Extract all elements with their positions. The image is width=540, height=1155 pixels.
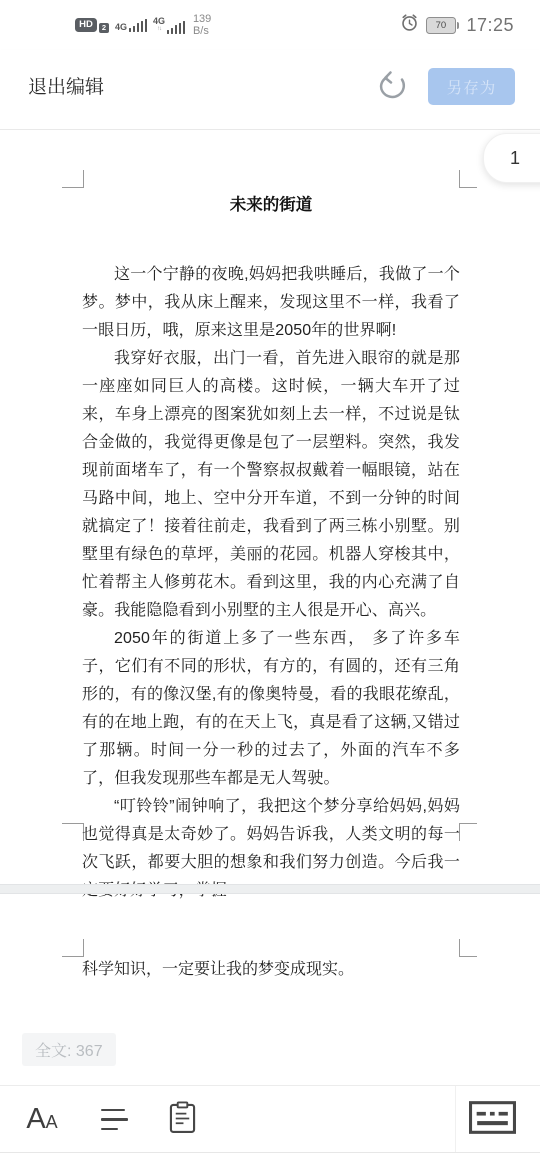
speed-unit: B/s — [193, 25, 211, 37]
document-body-page1[interactable]: 这一个宁静的夜晚,妈妈把我哄睡后，我做了一个梦。梦中，我从床上醒来，发现这里不一… — [82, 261, 460, 905]
signal-bars-icon — [129, 19, 147, 32]
keyboard-toggle-button[interactable] — [462, 1086, 522, 1153]
align-icon — [101, 1109, 128, 1130]
network1-label: 4G — [115, 23, 127, 31]
bottom-toolbar: AA — [0, 1085, 540, 1155]
network-speed: 139 B/s — [193, 13, 211, 37]
status-bar: HD 2 4G 4G ↑↓ 139 B/s — [0, 0, 540, 50]
crop-mark-bottom-right — [459, 823, 477, 841]
crop-mark-top-right — [459, 939, 477, 957]
hd-sim-badge: 2 — [99, 23, 109, 33]
speed-value: 139 — [193, 13, 211, 25]
font-settings-button[interactable]: AA — [20, 1086, 64, 1153]
clipboard-button[interactable] — [162, 1086, 202, 1153]
crop-mark-bottom-left — [62, 823, 84, 841]
document-canvas[interactable]: 1 未来的街道 这一个宁静的夜晚,妈妈把我哄睡后，我做了一个梦。梦中，我从床上醒… — [0, 130, 540, 1085]
exit-edit-button[interactable]: 退出编辑 — [28, 72, 104, 99]
undo-icon — [376, 88, 408, 105]
signal-bars-sim1-icon: 4G — [115, 19, 147, 32]
status-time: 17:25 — [466, 15, 514, 36]
word-count-badge: 全文: 367 — [22, 1033, 116, 1066]
font-icon: AA — [26, 1103, 57, 1136]
document-body-page2[interactable]: 科学知识，一定要让我的梦变成现实。 — [82, 956, 460, 984]
paragraph[interactable]: 科学知识，一定要让我的梦变成现实。 — [82, 956, 460, 984]
battery-level: 70 — [436, 20, 447, 31]
paragraph[interactable]: 2050年的街道上多了一些东西， 多了许多车子，它们有不同的形状，有方的，有圆的… — [82, 625, 460, 793]
paragraph-align-button[interactable] — [94, 1086, 134, 1153]
document-title[interactable]: 未来的街道 — [82, 191, 460, 219]
keyboard-icon — [469, 1101, 516, 1139]
hd-volte-icon: HD 2 — [75, 18, 109, 33]
page-break-gap — [0, 884, 540, 894]
paragraph[interactable]: 这一个宁静的夜晚,妈妈把我哄睡后，我做了一个梦。梦中，我从床上醒来，发现这里不一… — [82, 261, 460, 345]
crop-mark-top-left — [62, 170, 84, 188]
paragraph[interactable]: 我穿好衣服，出门一看，首先进入眼帘的就是那一座座如同巨人的高楼。这时候，一辆大车… — [82, 345, 460, 625]
status-right-cluster: 70 17:25 — [400, 0, 514, 50]
signal-bars-icon — [167, 21, 185, 34]
hd-badge: HD — [75, 18, 97, 32]
editor-header: 退出编辑 另存为 — [0, 50, 540, 130]
battery-icon: 70 — [426, 17, 460, 34]
signal-bars-sim2-icon: 4G ↑↓ — [153, 17, 185, 34]
page-number-badge: 1 — [483, 133, 540, 183]
alarm-icon — [400, 13, 419, 37]
crop-mark-top-right — [459, 170, 477, 188]
save-as-button[interactable]: 另存为 — [428, 68, 515, 105]
clipboard-icon — [169, 1101, 196, 1139]
network2-label: 4G — [153, 17, 165, 25]
status-left-cluster: HD 2 4G 4G ↑↓ 139 B/s — [75, 0, 211, 50]
crop-mark-top-left — [62, 939, 84, 957]
page-number: 1 — [510, 148, 520, 169]
toolbar-divider — [455, 1086, 456, 1153]
undo-button[interactable] — [376, 71, 408, 103]
data-arrows-icon: ↑↓ — [157, 25, 161, 33]
app-screen: HD 2 4G 4G ↑↓ 139 B/s — [0, 0, 540, 1155]
